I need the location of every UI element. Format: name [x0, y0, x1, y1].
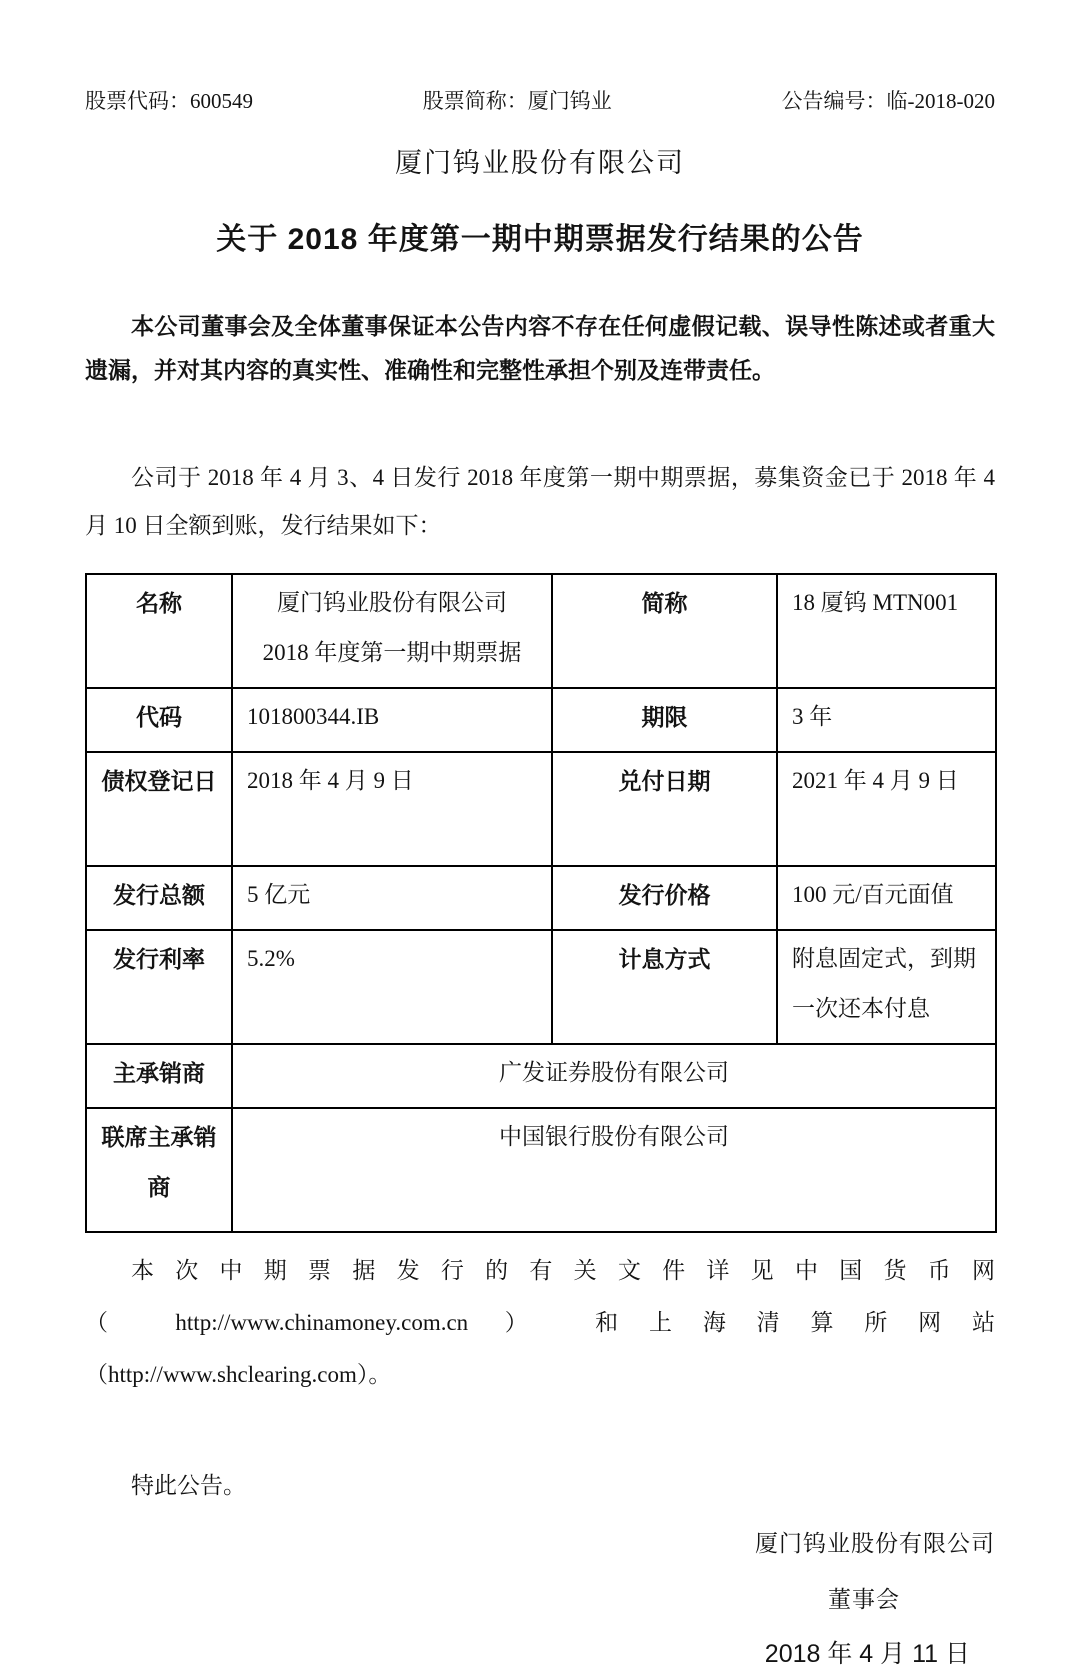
table-row: 名称 厦门钨业股份有限公司 2018 年度第一期中期票据 简称 18 厦钨 MT…	[86, 574, 996, 688]
links-line-1: 本次中期票据发行的有关文件详见中国货币网	[85, 1245, 995, 1297]
signature-board: 董事会	[85, 1585, 995, 1615]
document-links-paragraph: 本次中期票据发行的有关文件详见中国货币网 （ http://www.chinam…	[85, 1245, 995, 1401]
cell-joint-underwriter-value: 中国银行股份有限公司	[232, 1108, 996, 1232]
cell-interest-method-value: 附息固定式，到期一次还本付息	[777, 930, 996, 1044]
cell-term-label: 期限	[552, 688, 777, 752]
cell-interest-rate-value: 5.2%	[232, 930, 552, 1044]
stock-short-name: 股票简称：厦门钨业	[423, 88, 612, 114]
table-row: 发行利率 5.2% 计息方式 附息固定式，到期一次还本付息	[86, 930, 996, 1044]
cell-registration-date-label: 债权登记日	[86, 752, 232, 866]
links-line-2: （ http://www.chinamoney.com.cn ） 和上海清算所网…	[85, 1297, 995, 1349]
cell-joint-underwriter-label: 联席主承销商	[86, 1108, 232, 1232]
cell-redemption-date-label: 兑付日期	[552, 752, 777, 866]
cell-lead-underwriter-label: 主承销商	[86, 1044, 232, 1108]
signature-date: 2018 年 4 月 11 日	[85, 1637, 995, 1671]
cell-total-amount-value: 5 亿元	[232, 866, 552, 930]
signature-company: 厦门钨业股份有限公司	[85, 1529, 995, 1559]
company-name: 厦门钨业股份有限公司	[85, 148, 995, 178]
issuance-result-table: 名称 厦门钨业股份有限公司 2018 年度第一期中期票据 简称 18 厦钨 MT…	[85, 573, 997, 1233]
cell-registration-date-value: 2018 年 4 月 9 日	[232, 752, 552, 866]
cell-shortname-label: 简称	[552, 574, 777, 688]
closing-statement: 特此公告。	[85, 1471, 995, 1501]
stock-code: 股票代码：600549	[85, 88, 253, 114]
cell-name-label: 名称	[86, 574, 232, 688]
note-name-line2: 2018 年度第一期中期票据	[247, 628, 537, 678]
cell-issue-price-value: 100 元/百元面值	[777, 866, 996, 930]
board-declaration: 本公司董事会及全体董事保证本公告内容不存在任何虚假记载、误导性陈述或者重大遗漏，…	[85, 304, 995, 392]
cell-term-value: 3 年	[777, 688, 996, 752]
cell-total-amount-label: 发行总额	[86, 866, 232, 930]
cell-interest-method-label: 计息方式	[552, 930, 777, 1044]
table-row: 主承销商 广发证券股份有限公司	[86, 1044, 996, 1108]
table-row: 联席主承销商 中国银行股份有限公司	[86, 1108, 996, 1232]
table-row: 发行总额 5 亿元 发行价格 100 元/百元面值	[86, 866, 996, 930]
note-name-line1: 厦门钨业股份有限公司	[247, 578, 537, 628]
page-title: 关于 2018 年度第一期中期票据发行结果的公告	[85, 222, 995, 258]
table-row: 代码 101800344.IB 期限 3 年	[86, 688, 996, 752]
cell-code-value: 101800344.IB	[232, 688, 552, 752]
cell-shortname-value: 18 厦钨 MTN001	[777, 574, 996, 688]
cell-issue-price-label: 发行价格	[552, 866, 777, 930]
intro-paragraph: 公司于 2018 年 4 月 3、4 日发行 2018 年度第一期中期票据，募集…	[85, 454, 995, 550]
cell-lead-underwriter-value: 广发证券股份有限公司	[232, 1044, 996, 1108]
cell-redemption-date-value: 2021 年 4 月 9 日	[777, 752, 996, 866]
cell-interest-rate-label: 发行利率	[86, 930, 232, 1044]
cell-code-label: 代码	[86, 688, 232, 752]
document-header: 股票代码：600549 股票简称：厦门钨业 公告编号：临-2018-020	[85, 88, 995, 114]
cell-name-value: 厦门钨业股份有限公司 2018 年度第一期中期票据	[232, 574, 552, 688]
announcement-document: 股票代码：600549 股票简称：厦门钨业 公告编号：临-2018-020 厦门…	[0, 0, 1080, 1680]
links-line-3: （http://www.shclearing.com）。	[85, 1349, 995, 1401]
table-row: 债权登记日 2018 年 4 月 9 日 兑付日期 2021 年 4 月 9 日	[86, 752, 996, 866]
announcement-number: 公告编号：临-2018-020	[782, 88, 996, 114]
